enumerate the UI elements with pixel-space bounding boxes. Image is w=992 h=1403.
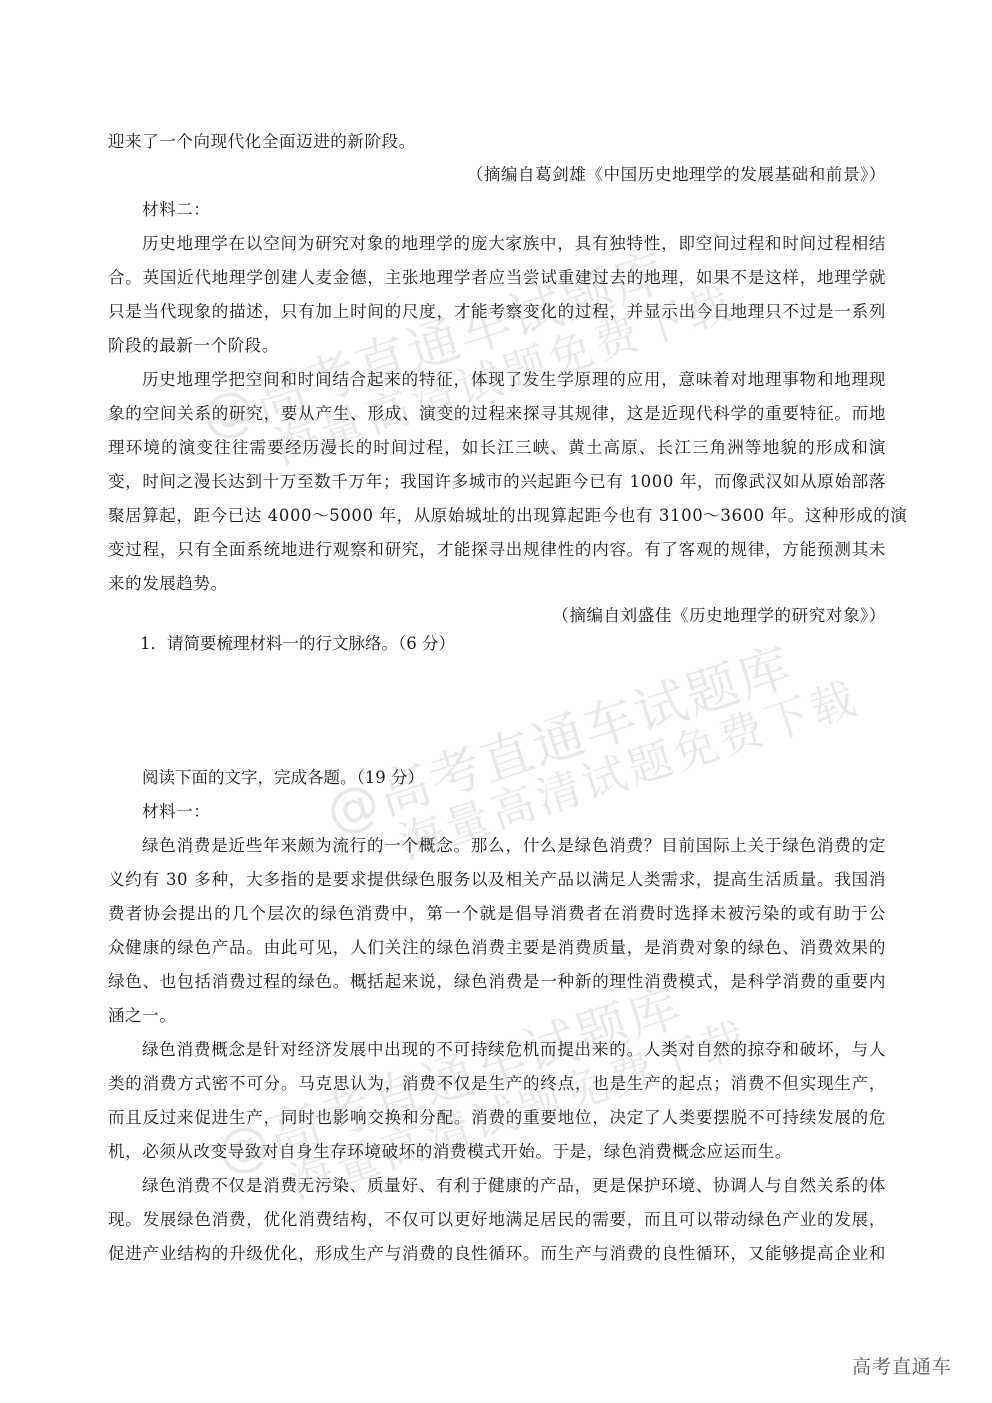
paragraph-line: 促进产业结构的升级优化，形成生产与消费的良性循环。而生产与消费的良性循环，又能够… <box>108 1244 886 1264</box>
paragraph-line: 来的发展趋势。 <box>108 574 886 594</box>
paragraph-line: 类的消费方式密不可分。马克思认为，消费不仅是生产的终点，也是生产的起点；消费不但… <box>108 1074 886 1094</box>
paragraph-line: 而且反过来促进生产，同时也影响交换和分配。消费的重要地位，决定了人类要摆脱不可持… <box>108 1108 886 1128</box>
material1-source: （摘编自葛剑雄《中国历史地理学的发展基础和前景》） <box>467 165 886 185</box>
paragraph-line: 阶段的最新一个阶段。 <box>108 336 886 356</box>
paragraph-line: 变过程，只有全面系统地进行观察和研究，才能探寻出规律性的内容。有了客观的规律，方… <box>108 540 886 560</box>
paragraph-line: 机，必须从改变导致对自身生存环境破坏的消费模式开始。于是，绿色消费概念应运而生。 <box>108 1142 886 1162</box>
paragraph-line: 绿色消费概念是针对经济发展中出现的不可持续危机而提出来的。人类对自然的掠夺和破坏… <box>108 1040 886 1060</box>
paragraph-line: 绿色、也包括消费过程的绿色。概括起来说，绿色消费是一种新的理性消费模式，是科学消… <box>108 972 886 992</box>
material1-last-line: 迎来了一个向现代化全面迈进的新阶段。 <box>108 132 416 152</box>
paragraph-line: 象的空间关系的研究，要从产生、形成、演变的过程来探寻其规律，这是近现代科学的重要… <box>108 404 886 424</box>
paragraph-line: 涵之一。 <box>108 1006 886 1026</box>
paragraph-line: 费者协会提出的几个层次的绿色消费中，第一个就是倡导消费者在消费时选择未被污染的或… <box>108 904 886 924</box>
material2-heading: 材料二： <box>142 200 210 220</box>
section2-instruction: 阅读下面的文字，完成各题。（19 分） <box>142 768 424 788</box>
paragraph-line: 只是当代现象的描述，只有加上时间的尺度，才能考察变化的过程，并显示出今日地理只不… <box>108 302 886 322</box>
paragraph-line: 绿色消费不仅是消费无污染、质量好、有利于健康的产品，更是保护环境、协调人与自然关… <box>108 1176 886 1196</box>
paragraph-line: 聚居算起，距今已达 4000～5000 年，从原始城址的出现算起距今也有 310… <box>108 506 886 526</box>
paragraph-line: 历史地理学在以空间为研究对象的地理学的庞大家族中，具有独特性，即空间过程和时间过… <box>108 234 886 254</box>
material2-source: （摘编自刘盛佳《历史地理学的研究对象》） <box>552 606 886 626</box>
footer-brand-logo: 高考直通车 <box>852 1352 952 1379</box>
paragraph-line: 现。发展绿色消费，优化消费结构，不仅可以更好地满足居民的需要，而且可以带动绿色产… <box>108 1210 886 1230</box>
section2-material1-heading: 材料一： <box>142 802 210 822</box>
paragraph-line: 义约有 30 多种，大多指的是要求提供绿色服务以及相关产品以满足人类需求，提高生… <box>108 870 886 890</box>
paragraph-line: 理环境的演变往往需要经历漫长的时间过程，如长江三峡、黄土高原、长江三角洲等地貌的… <box>108 438 886 458</box>
paragraph-line: 绿色消费是近些年来颇为流行的一个概念。那么，什么是绿色消费？目前国际上关于绿色消… <box>108 836 886 856</box>
paragraph-line: 众健康的绿色产品。由此可见，人们关注的绿色消费主要是消费质量，是消费对象的绿色、… <box>108 938 886 958</box>
question-1: 1．请简要梳理材料一的行文脉络。（6 分） <box>140 634 455 654</box>
paragraph-line: 合。英国近代地理学创建人麦金德，主张地理学者应当尝试重建过去的地理，如果不是这样… <box>108 268 886 288</box>
paragraph-line: 历史地理学把空间和时间结合起来的特征，体现了发生学原理的应用，意味着对地理事物和… <box>108 370 886 390</box>
watermark-line1: @高考直通车试题库 <box>320 623 850 842</box>
paragraph-line: 变，时间之漫长达到十万至数千万年；我国许多城市的兴起距今已有 1000 年，而像… <box>108 472 886 492</box>
